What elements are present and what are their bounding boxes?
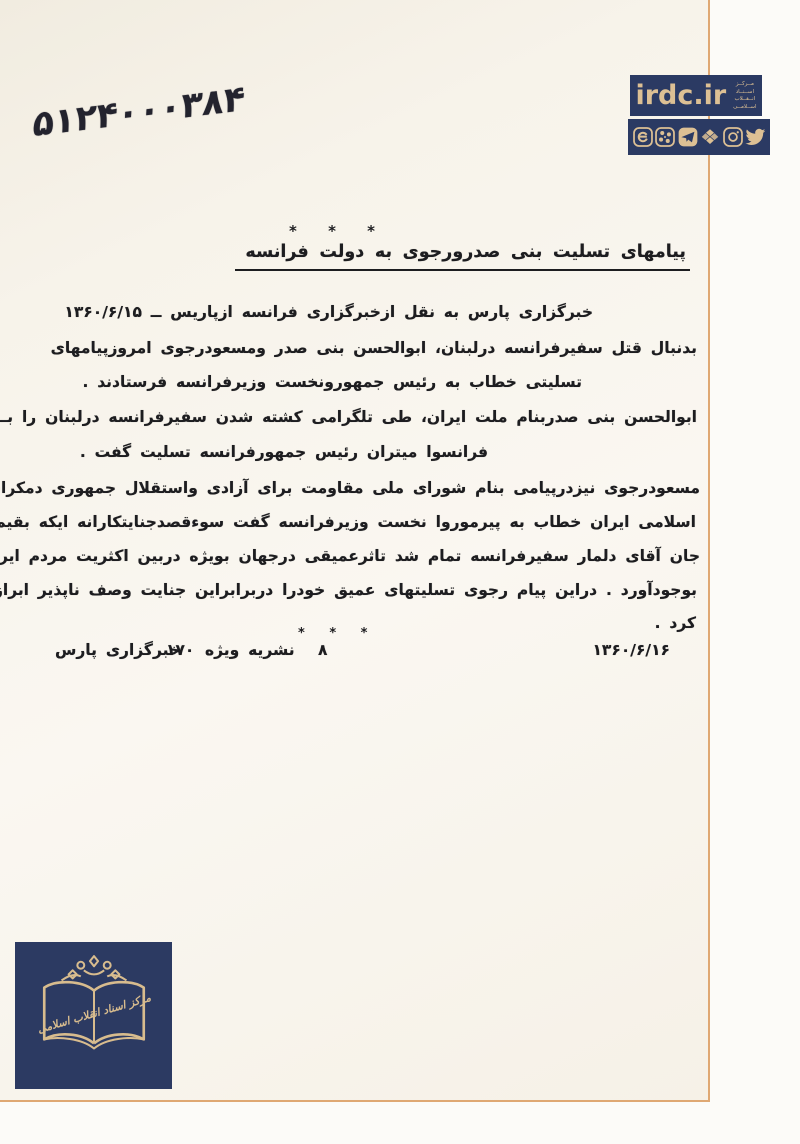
dateline: خبرگزاری پارس به نقل ازخبرگزاری فرانسه ا… xyxy=(64,303,593,321)
body-line: بدنبال قتل سفیرفرانسه درلبنان، ابوالحسن … xyxy=(51,339,697,357)
body-line: تسلیتی خطاب به رئیس جمهورونخست وزیرفرانس… xyxy=(82,373,582,391)
bale-icon[interactable] xyxy=(699,126,721,148)
body-line: جان آقای دلمار سفیرفرانسه تمام شد تاثرعم… xyxy=(0,547,700,565)
footer-date: ۱۳۶۰/۶/۱۶ xyxy=(592,641,670,659)
body-line: مسعودرجوی نیزدرپیامی بنام شورای ملی مقاو… xyxy=(0,479,700,497)
footer-publication: نشریه ویژه xyxy=(205,641,295,659)
footer-agency: خبرگزاری پارس xyxy=(55,641,180,659)
footer-page-number: ۸ xyxy=(318,641,327,659)
eitaa-icon[interactable] xyxy=(632,126,654,148)
body-line: ابوالحسن بنی صدربنام ملت ایران، طی تلگرا… xyxy=(0,408,697,426)
irdc-site-name: irdc.ir xyxy=(635,82,726,109)
aparat-icon[interactable] xyxy=(654,126,676,148)
body-line: اسلامی ایران خطاب به پیرموروا نخست وزیرف… xyxy=(0,513,696,531)
social-icons-bar xyxy=(628,119,770,155)
org-line: اســنــاد xyxy=(733,89,756,96)
irdc-logo[interactable]: irdc.ir مــرکــز اســنــاد انــقــلاب اس… xyxy=(630,75,762,116)
irdc-org-name-stack: مــرکــز اســنــاد انــقــلاب اســلامــی xyxy=(733,81,756,110)
twitter-icon[interactable] xyxy=(744,126,766,148)
telegram-icon[interactable] xyxy=(677,126,699,148)
org-line: اســلامــی xyxy=(733,104,756,111)
body-line: فرانسوا میتران رئیس جمهورفرانسه تسلیت گف… xyxy=(80,443,488,461)
document-title: پیامهای تسلیت بنی صدرورجوی به دولت فرانس… xyxy=(235,242,690,271)
instagram-icon[interactable] xyxy=(722,126,744,148)
footer-stars: * * * xyxy=(298,626,377,641)
archive-center-logo: مرکز اسناد انقلاب اسلامی xyxy=(15,942,172,1089)
body-line: بوجودآورد . دراین پیام رجوی تسلیتهای عمی… xyxy=(0,581,697,599)
org-line: انــقــلاب xyxy=(733,96,756,103)
org-line: مــرکــز xyxy=(733,81,756,88)
body-line: کرد . xyxy=(655,614,696,632)
scanned-document-page: ۵۱۲۴۰۰۰۳۸۴ irdc.ir مــرکــز اســنــاد ان… xyxy=(0,0,800,1144)
section-stars-top: * * * xyxy=(289,222,388,240)
